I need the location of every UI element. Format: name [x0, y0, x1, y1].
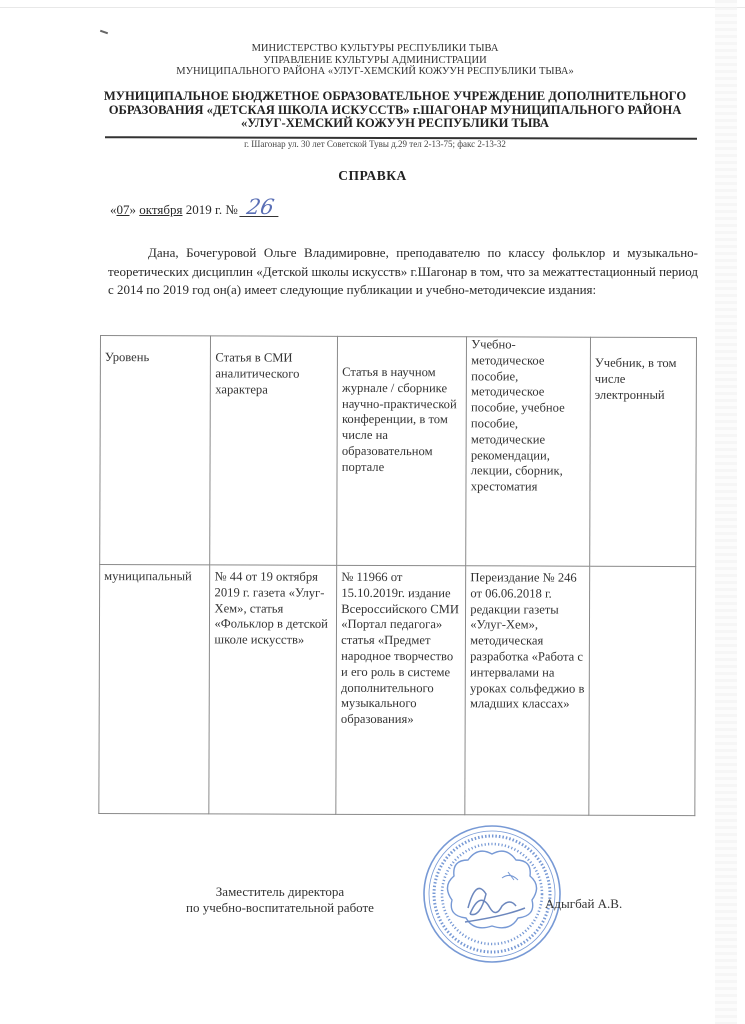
scan-mark	[100, 30, 108, 35]
header-journal-article: Статья в научном журнале / сборнике науч…	[337, 336, 467, 565]
signatory-position: Заместитель директора по учебно-воспитат…	[180, 884, 380, 916]
ministry-line-2: УПРАВЛЕНИЕ КУЛЬТУРЫ АДМИНИСТРАЦИИ	[150, 55, 600, 67]
cell-methodical-manual: Переиздание № 246 от 06.06.2018 г. редак…	[465, 566, 590, 815]
document-title: СПРАВКА	[0, 168, 745, 184]
document-date-line: «07» октября 2019 г. № 26	[110, 198, 280, 218]
cell-textbook	[589, 566, 696, 815]
date-month: октября	[139, 202, 182, 217]
publications-table: Уровень Статья в СМИ аналитического хара…	[98, 335, 697, 816]
body-paragraph: Дана, Бочегуровой Ольге Владимировне, пр…	[108, 245, 698, 297]
date-quote-close: »	[130, 202, 140, 217]
header-media-article: Статья в СМИ аналитического характера	[210, 336, 338, 565]
organization-line-2: ОБРАЗОВАНИЯ «ДЕТСКАЯ ШКОЛА ИСКУССТВ» г.Ш…	[85, 104, 705, 118]
table-header-row: Уровень Статья в СМИ аналитического хара…	[100, 336, 697, 567]
handwritten-document-number: 26	[239, 198, 281, 217]
scan-edge-line	[0, 7, 745, 8]
header-level: Уровень	[100, 336, 211, 565]
table-row: муниципальный № 44 от 19 октября 2019 г.…	[99, 565, 696, 816]
header-textbook: Учебник, в том числе электронный	[590, 337, 697, 566]
organization-line-3: «УЛУГ-ХЕМСКИЙ КОЖУУН РЕСПУБЛИКИ ТЫВА	[85, 117, 705, 131]
official-stamp-icon	[420, 822, 565, 967]
cell-media-article: № 44 от 19 октября 2019 г. газета «Улуг-…	[209, 565, 337, 814]
organization-line-1: МУНИЦИПАЛЬНОЕ БЮДЖЕТНОЕ ОБРАЗОВАТЕЛЬНОЕ …	[85, 90, 705, 104]
date-day: 07	[117, 202, 130, 217]
ministry-line-1: МИНИСТЕРСТВО КУЛЬТУРЫ РЕСПУБЛИКИ ТЫВА	[150, 43, 600, 55]
organization-address: г. Шагонар ул. 30 лет Советской Тувы д.2…	[150, 139, 600, 149]
ministry-line-3: МУНИЦИПАЛЬНОГО РАЙОНА «УЛУГ-ХЕМСКИЙ КОЖУ…	[150, 66, 600, 78]
scan-page-edge	[715, 0, 737, 1024]
header-methodical-manual: Учебно-методическое пособие, методическо…	[466, 337, 591, 566]
signatory-position-line-2: по учебно-воспитательной работе	[180, 900, 380, 916]
date-year: 2019 г. №	[182, 202, 241, 217]
signatory-name: Адыгбай А.В.	[545, 896, 622, 912]
signatory-position-line-1: Заместитель директора	[180, 884, 380, 900]
cell-level: муниципальный	[99, 565, 210, 814]
document-body: Дана, Бочегуровой Ольге Владимировне, пр…	[108, 244, 698, 300]
cell-journal-article: № 11966 от 15.10.2019г. издание Всеросси…	[336, 565, 466, 814]
ministry-header: МИНИСТЕРСТВО КУЛЬТУРЫ РЕСПУБЛИКИ ТЫВА УП…	[150, 43, 600, 78]
organization-header: МУНИЦИПАЛЬНОЕ БЮДЖЕТНОЕ ОБРАЗОВАТЕЛЬНОЕ …	[85, 90, 705, 131]
